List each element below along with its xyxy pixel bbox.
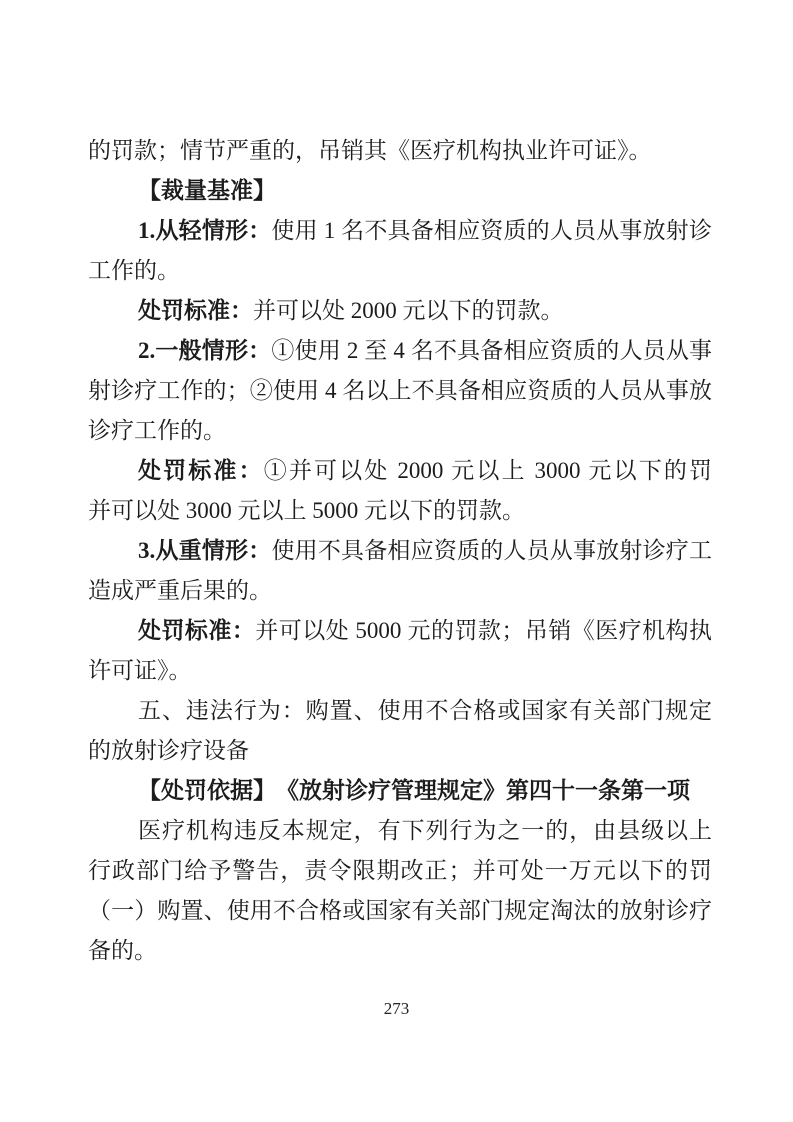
text-run-bold: 2.一般情形： bbox=[138, 338, 271, 363]
text-run: 医疗机构违反本规定，有下列行为之一的，由县级以上卫生 bbox=[88, 818, 712, 851]
document-page: 的罚款；情节严重的，吊销其《医疗机构执业许可证》。【裁量基准】1.从轻情形：使用… bbox=[0, 0, 793, 1122]
text-run: 并可以处 3000 元以上 5000 元以下的罚款。 bbox=[88, 498, 525, 523]
text-line: 医疗机构违反本规定，有下列行为之一的，由县级以上卫生 bbox=[88, 811, 712, 851]
text-run: 的罚款；情节严重的，吊销其《医疗机构执业许可证》。 bbox=[88, 138, 652, 163]
text-line: 的放射诊疗设备 bbox=[88, 731, 712, 771]
text-line: 造成严重后果的。 bbox=[88, 571, 712, 611]
text-run: 造成严重后果的。 bbox=[88, 578, 272, 603]
text-line: 射诊疗工作的；②使用 4 名以上不具备相应资质的人员从事放射 bbox=[88, 371, 712, 411]
text-line: 【处罚依据】 《放射诊疗管理规定》第四十一条第一项 bbox=[88, 771, 712, 811]
text-line: 处罚标准：①并可以处 2000 元以上 3000 元以下的罚款；② bbox=[88, 451, 712, 491]
text-run-bold: 处罚标准： bbox=[138, 618, 255, 643]
text-line: 【裁量基准】 bbox=[88, 171, 712, 211]
page-number: 273 bbox=[0, 999, 793, 1019]
text-run-bold: 【裁量基准】 bbox=[138, 178, 276, 203]
text-run: 的放射诊疗设备 bbox=[88, 738, 249, 763]
text-line: 1.从轻情形：使用 1 名不具备相应资质的人员从事放射诊疗 bbox=[88, 211, 712, 251]
text-line: 处罚标准：并可以处 5000 元的罚款；吊销《医疗机构执业 bbox=[88, 611, 712, 651]
text-line: 行政部门给予警告，责令限期改正；并可处一万元以下的罚款： bbox=[88, 851, 712, 891]
text-line: 并可以处 3000 元以上 5000 元以下的罚款。 bbox=[88, 491, 712, 531]
text-line: （一）购置、使用不合格或国家有关部门规定淘汰的放射诊疗设 bbox=[88, 891, 712, 931]
text-line: 备的。 bbox=[88, 931, 712, 971]
text-run: 许可证》。 bbox=[88, 658, 192, 683]
text-run-bold: 处罚标准： bbox=[138, 458, 264, 483]
text-line: 处罚标准：并可以处 2000 元以下的罚款。 bbox=[88, 291, 712, 331]
text-run-bold: 3.从重情形： bbox=[138, 538, 271, 563]
text-line: 许可证》。 bbox=[88, 651, 712, 691]
text-run: 五、违法行为：购置、使用不合格或国家有关部门规定淘汰 bbox=[88, 698, 712, 731]
text-run: （一）购置、使用不合格或国家有关部门规定淘汰的放射诊疗设 bbox=[88, 898, 712, 931]
text-run: 工作的。 bbox=[88, 258, 180, 283]
text-line: 3.从重情形：使用不具备相应资质的人员从事放射诊疗工作， bbox=[88, 531, 712, 571]
text-line: 的罚款；情节严重的，吊销其《医疗机构执业许可证》。 bbox=[88, 131, 712, 171]
text-run: 备的。 bbox=[88, 938, 157, 963]
text-run-bold: 【处罚依据】 《放射诊疗管理规定》第四十一条第一项 bbox=[138, 778, 690, 803]
text-run: 行政部门给予警告，责令限期改正；并可处一万元以下的罚款： bbox=[88, 858, 712, 891]
text-run: 射诊疗工作的；②使用 4 名以上不具备相应资质的人员从事放射 bbox=[88, 378, 712, 411]
text-run: 并可以处 2000 元以下的罚款。 bbox=[253, 298, 564, 323]
text-line: 诊疗工作的。 bbox=[88, 411, 712, 451]
text-run-bold: 1.从轻情形： bbox=[138, 218, 271, 243]
text-body: 的罚款；情节严重的，吊销其《医疗机构执业许可证》。【裁量基准】1.从轻情形：使用… bbox=[88, 131, 712, 971]
text-line: 2.一般情形：①使用 2 至 4 名不具备相应资质的人员从事放 bbox=[88, 331, 712, 371]
text-run-bold: 处罚标准： bbox=[138, 298, 253, 323]
text-line: 五、违法行为：购置、使用不合格或国家有关部门规定淘汰 bbox=[88, 691, 712, 731]
text-run: 诊疗工作的。 bbox=[88, 418, 226, 443]
text-line: 工作的。 bbox=[88, 251, 712, 291]
